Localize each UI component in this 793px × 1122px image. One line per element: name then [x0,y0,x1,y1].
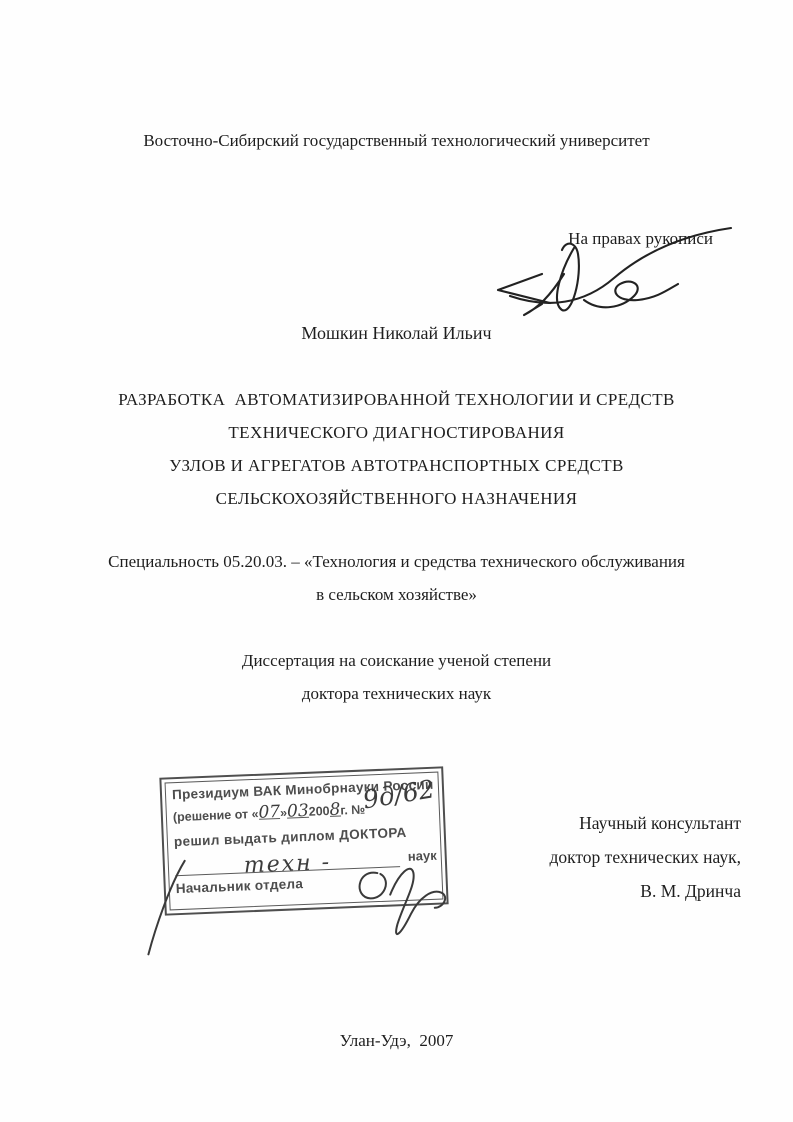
consultant-line: В. М. Дринча [549,874,741,908]
consultant-block: Научный консультант доктор технических н… [549,806,741,908]
dissertation-title: РАЗРАБОТКА АВТОМАТИЗИРОВАННОЙ ТЕХНОЛОГИИ… [0,383,793,515]
title-line: УЗЛОВ И АГРЕГАТОВ АВТОТРАНСПОРТНЫХ СРЕДС… [0,449,793,482]
university-name: Восточно-Сибирский государственный техно… [0,131,793,151]
specialty: Специальность 05.20.03. – «Технология и … [0,545,793,611]
specialty-line: в сельском хозяйстве» [0,578,793,611]
manuscript-rights-note: На правах рукописи [568,229,713,249]
stamp-month-handwritten: 03 [287,801,309,822]
stamp-year-prefix: 200 [308,804,329,819]
scanned-dissertation-title-page: Восточно-Сибирский государственный техно… [0,0,793,1122]
author-name: Мошкин Николай Ильич [0,323,793,344]
specialty-line: Специальность 05.20.03. – «Технология и … [0,545,793,578]
title-line: СЕЛЬСКОХОЗЯЙСТВЕННОГО НАЗНАЧЕНИЯ [0,482,793,515]
stamp-nauk-label: наук [400,848,438,867]
stamp-number-label: г. № [340,803,365,818]
consultant-line: Научный консультант [549,806,741,840]
degree-statement: Диссертация на соискание ученой степени … [0,644,793,710]
city-year: Улан-Удэ, 2007 [0,1031,793,1051]
vak-approval-stamp: Президиум ВАК Минобрнауки России (решени… [159,766,448,915]
stamp-day-handwritten: 07 [258,802,280,823]
consultant-line: доктор технических наук, [549,840,741,874]
stamp-degree-handwritten: техн - [243,850,331,878]
degree-statement-line: доктора технических наук [0,677,793,710]
stamp-number-handwritten: 9д/62 [363,784,436,806]
title-line: ТЕХНИЧЕСКОГО ДИАГНОСТИРОВАНИЯ [0,416,793,449]
title-line: РАЗРАБОТКА АВТОМАТИЗИРОВАННОЙ ТЕХНОЛОГИИ… [0,383,793,416]
degree-statement-line: Диссертация на соискание ученой степени [0,644,793,677]
stamp-year-handwritten: 8 [329,800,341,820]
